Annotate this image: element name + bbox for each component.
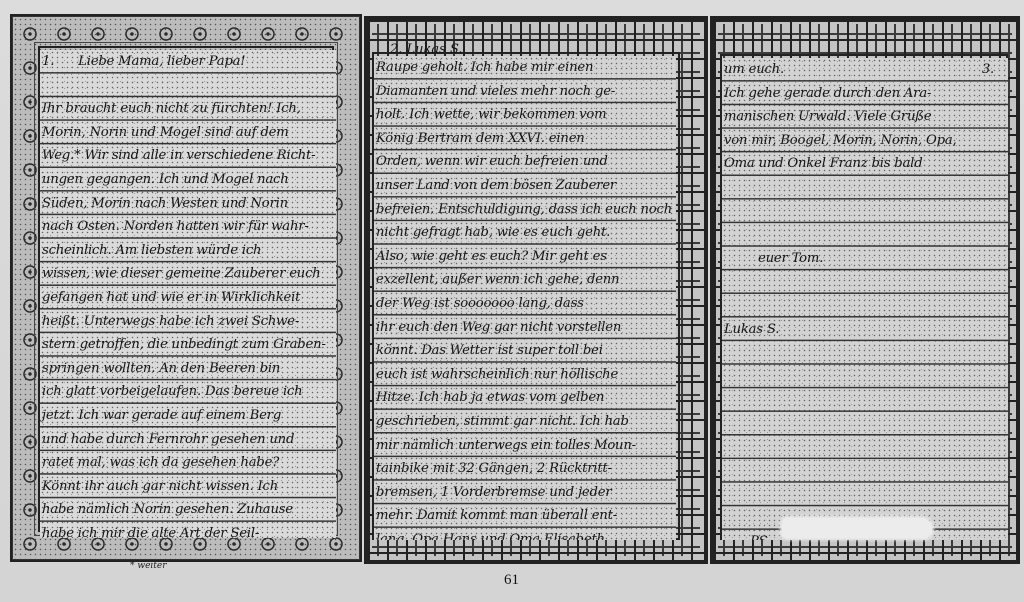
text-line: Also, wie geht es euch? Mir geht es <box>374 245 676 269</box>
text-line: tainbike mit 32 Gängen, 2 Rücktritt- <box>374 457 676 481</box>
text-line: Süden, Morin nach Westen und Norin <box>40 192 336 216</box>
letter-panel-3: um euch. 3. Ich gehe gerade durch den Ar… <box>710 16 1020 564</box>
text-line: Weg.* Wir sind alle in verschiedene Rich… <box>40 144 336 168</box>
text-line: Diamanten und vieles mehr noch ge- <box>374 80 676 104</box>
page-marker: 2. Lukas S. <box>390 42 463 57</box>
blank-line <box>722 459 1008 483</box>
blank-line <box>722 294 1008 318</box>
text-line: mir nämlich unterwegs ein tolles Moun- <box>374 434 676 458</box>
text-line: König Bertram dem XXVI. einen <box>374 127 676 151</box>
letter-panel-2: 2. Lukas S. Raupe geholt. Ich habe mir e… <box>364 16 708 564</box>
text-line: Ihr braucht euch nicht zu fürchten! Ich, <box>40 97 336 121</box>
text-line: springen wollten. An den Beeren bin <box>40 357 336 381</box>
blank-line <box>722 341 1008 365</box>
text-line: bremsen, 1 Vorderbremse und jeder <box>374 481 676 505</box>
blank-line <box>722 223 1008 247</box>
text-line: der Weg ist sooooooo lang, dass <box>374 292 676 316</box>
text-line: scheinlich. Am liebsten würde ich <box>40 239 336 263</box>
text-line: ihr euch den Weg gar nicht vorstellen <box>374 316 676 340</box>
lined-writing-area-2: Raupe geholt. Ich habe mir einen Diamant… <box>374 56 676 540</box>
blank-line <box>722 270 1008 294</box>
text-line: habe ich mir die alte Art der Seil- <box>40 522 336 538</box>
text-line: unser Land von dem bösen Zauberer <box>374 174 676 198</box>
text-line: lang. Opa Hans und Oma Elisabeth <box>374 528 676 540</box>
page-marker: 1. <box>42 54 54 69</box>
redacted-area <box>782 518 932 538</box>
blank-line <box>40 74 336 98</box>
text-line: nach Osten. Norden hatten wir für wahr- <box>40 215 336 239</box>
blank-line <box>722 412 1008 436</box>
blank-line <box>722 200 1008 224</box>
text-line: geschrieben, stimmt gar nicht. Ich hab <box>374 410 676 434</box>
text-line: wissen, wie dieser gemeine Zauberer euch <box>40 262 336 286</box>
text-line: Raupe geholt. Ich habe mir einen <box>374 56 676 80</box>
lined-writing-area-1: 1. Liebe Mama, lieber Papa! Ihr braucht … <box>40 50 336 538</box>
continuation-text: um euch. <box>724 62 784 77</box>
text-line: manischen Urwald. Viele Grüße <box>722 105 1008 129</box>
text-line: euch ist wahrscheinlich nur höllische <box>374 363 676 387</box>
text-line: jetzt. Ich war gerade auf einem Berg <box>40 404 336 428</box>
text-line: und habe durch Fernrohr gesehen und <box>40 428 336 452</box>
text-line: nicht gefragt hab, wie es euch geht. <box>374 221 676 245</box>
text-line: könnt. Das Wetter ist super toll bei <box>374 339 676 363</box>
text-line: ungen gegangen. Ich und Mogel nach <box>40 168 336 192</box>
blank-line <box>722 436 1008 460</box>
lined-writing-area-3: um euch. 3. Ich gehe gerade durch den Ar… <box>722 58 1008 540</box>
blank-line <box>722 176 1008 200</box>
text-line: Morin, Norin und Mogel sind auf dem <box>40 121 336 145</box>
text-line: um euch. 3. <box>722 58 1008 82</box>
blank-line <box>722 388 1008 412</box>
text-line: gefangen hat und wie er in Wirklichkeit <box>40 286 336 310</box>
letter-panel-1: 1. Liebe Mama, lieber Papa! Ihr braucht … <box>10 14 362 562</box>
text-line: Hitze. Ich hab ja etwas vom gelben <box>374 386 676 410</box>
page-number: 61 <box>504 572 519 589</box>
blank-line <box>722 483 1008 507</box>
text-line: Orden, wenn wir euch befreien und <box>374 150 676 174</box>
text-line: ratet mal, was ich da gesehen habe? <box>40 451 336 475</box>
signature-lukas: Lukas S. <box>722 318 1008 342</box>
scanned-page: 1. Liebe Mama, lieber Papa! Ihr braucht … <box>0 0 1024 602</box>
text-line: exzellent, außer wenn ich gehe, denn <box>374 268 676 292</box>
text-line: Könnt ihr auch gar nicht wissen. Ich <box>40 475 336 499</box>
footnote: * weiter <box>130 561 167 571</box>
page-marker: 3. <box>982 58 994 82</box>
signature-tom: euer Tom. <box>722 247 1008 271</box>
text-line: mehr. Damit kommt man überall ent- <box>374 504 676 528</box>
text-line: holt. Ich wette, wir bekommen vom <box>374 103 676 127</box>
salutation-line: 1. Liebe Mama, lieber Papa! <box>40 50 336 74</box>
text-line: Ich gehe gerade durch den Ara- <box>722 82 1008 106</box>
blank-line <box>722 365 1008 389</box>
text-line: heißt. Unterwegs habe ich zwei Schwe- <box>40 310 336 334</box>
text-line: von mir, Boogel, Morin, Norin, Opa, <box>722 129 1008 153</box>
text-line: ich glatt vorbeigelaufen. Das bereue ich <box>40 380 336 404</box>
text-line: Oma und Onkel Franz bis bald <box>722 152 1008 176</box>
text-line: habe nämlich Norin gesehen. Zuhause <box>40 498 336 522</box>
text-line: befreien. Entschuldigung, dass ich euch … <box>374 198 676 222</box>
salutation: Liebe Mama, lieber Papa! <box>78 54 245 69</box>
text-line: stern getroffen, die unbedingt zum Grabe… <box>40 333 336 357</box>
